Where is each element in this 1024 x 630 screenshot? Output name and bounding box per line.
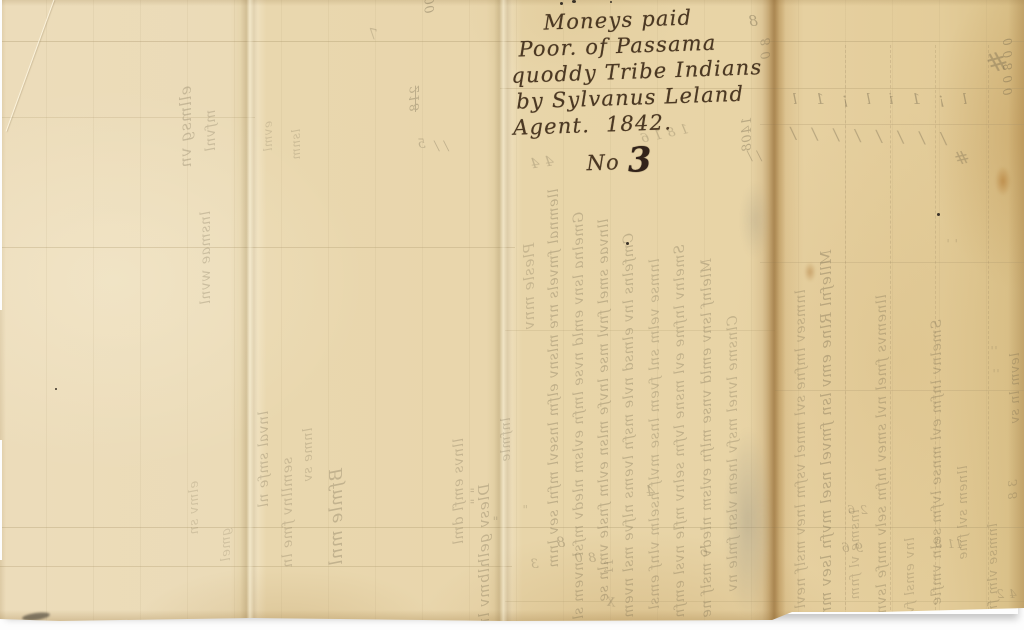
rust-stain (995, 166, 1011, 196)
bleedthrough-script: Smelnv lnfm evl mnse lvfm seln vmfle ns (930, 319, 944, 628)
ink-speck (572, 0, 576, 3)
bleedthrough-script: Plesle mnv (522, 243, 537, 330)
bleedthrough-mark: 11 8 (934, 538, 963, 550)
bleedthrough-mark: " " (470, 487, 483, 505)
ruled-line (760, 262, 1024, 263)
bleedthrough-script: lsnm (290, 129, 302, 160)
bleedthrough-script: semllnv fme ln (281, 457, 295, 568)
bleedthrough-script: Cmfelns lnv elmsd nvle msfn lvems nlfve … (622, 233, 636, 628)
document-number: No3 (586, 132, 803, 180)
bleedthrough-mark: '' (992, 368, 1000, 380)
bleedthrough-mark: 8 0 (574, 552, 596, 565)
bleedthrough-script: gmel (220, 528, 233, 563)
document-scan: ellmsg vnmfvnllnsmae wvnlelmv sngmellnva… (0, 0, 1024, 630)
rust-stain (804, 262, 816, 282)
bleedthrough-mark: ' ' (946, 238, 958, 250)
bleedthrough-script: llnvae smel fnvl mse lnvfe mlsn evlm fns… (597, 219, 611, 602)
paper-edge-gap (0, 440, 2, 560)
bleedthrough-mark: / / (434, 140, 448, 153)
bleedthrough-script: lnmse velm snl fvem lnse mvlf nselm vlnf… (648, 259, 662, 610)
ruled-line (775, 390, 1024, 391)
bleedthrough-script: llnemvs fmel nvl smev lnfm selv mnfe lsv… (875, 295, 889, 628)
main-inscription: Moneys paid Poor. of Passama quoddy Trib… (497, 1, 803, 182)
gray-stain (724, 428, 772, 616)
ink-speck (610, 1, 612, 3)
bleedthrough-mark: 8 (556, 536, 565, 550)
gray-stain (740, 182, 770, 258)
bleedthrough-script: lnv emsl fv (904, 537, 917, 614)
bleedthrough-mark: 2 6 (847, 504, 868, 516)
bleedthrough-mark: 3 8 (1007, 479, 1019, 500)
bleedthrough-mark: 3 (530, 558, 539, 571)
bleedthrough-mark: " (492, 516, 498, 529)
bleedthrough-mark: 8 00 (424, 0, 437, 14)
bleedthrough-script: evml (262, 121, 274, 152)
bleedthrough-script: Smelnv lnfme evl msne lvfm selnv mfle nv… (673, 244, 687, 628)
bleedthrough-script: ellmsg vn (178, 86, 194, 168)
bleedthrough-script: lnsmae wvnl (199, 211, 213, 305)
bleedthrough-mark: '' (990, 345, 998, 357)
bleedthrough-script: mfvnl (204, 110, 218, 152)
bleedthrough-mark: 5 (417, 138, 426, 151)
ruled-line (0, 527, 1024, 528)
bleedthrough-script: llnvs emfl dml (452, 438, 466, 545)
ink-speck (626, 242, 629, 245)
bleedthrough-mark: l ¡ 1 i l ¡ 1 l (792, 92, 967, 107)
bleedthrough-mark: 9 6 (841, 542, 863, 555)
bleedthrough-script: Mlelnf lsnv emld vnse mlfn evlsm nledv m… (700, 258, 714, 618)
bleedthrough-script: lnmse vlm fne (987, 523, 1000, 622)
bleedthrough-script: elmv sn (188, 481, 201, 535)
bleedthrough-script: Dlesv gelhlbmv ln (477, 484, 492, 628)
paper-edge-gap (0, 0, 2, 310)
ink-speck (560, 2, 563, 5)
bleedthrough-script: llemnal fmvels nre mlsnv elfm lnsevl mfn… (547, 189, 561, 568)
bleedthrough-script: lnval smfe nl (257, 411, 271, 508)
ink-speck (55, 388, 57, 390)
bleedthrough-mark: 4 2 (996, 588, 1017, 600)
bleedthrough-script: lnmsev lmfne svl mnel vsfm lnev mslf nev… (794, 290, 808, 628)
bleedthrough-mark: X (605, 595, 616, 608)
bleedthrough-mark: 218 (409, 86, 422, 112)
bleedthrough-script: lnfmle (500, 417, 513, 462)
bleedthrough-mark: 4 (645, 484, 655, 499)
bleedthrough-script: lnme sv (302, 428, 315, 482)
ink-speck (937, 213, 940, 216)
fold-crease-left (240, 0, 258, 622)
bleedthrough-mark: " (522, 504, 528, 516)
number-label: No (586, 150, 620, 175)
number-value: 3 (627, 140, 653, 181)
bleedthrough-mark: 11 (603, 559, 615, 575)
bleedthrough-script: Mllefnl Rlne emv lsn fmvel nsel mvfn lse… (819, 250, 834, 622)
bleedthrough-script: Bfmle mnl (328, 468, 346, 566)
paper-sheet: ellmsg vnmfvnllnsmae wvnlelmv sngmellnva… (0, 0, 1024, 622)
bleedthrough-script: levm ln sv (1009, 353, 1022, 424)
bleedthrough-mark: 6 (699, 546, 708, 559)
